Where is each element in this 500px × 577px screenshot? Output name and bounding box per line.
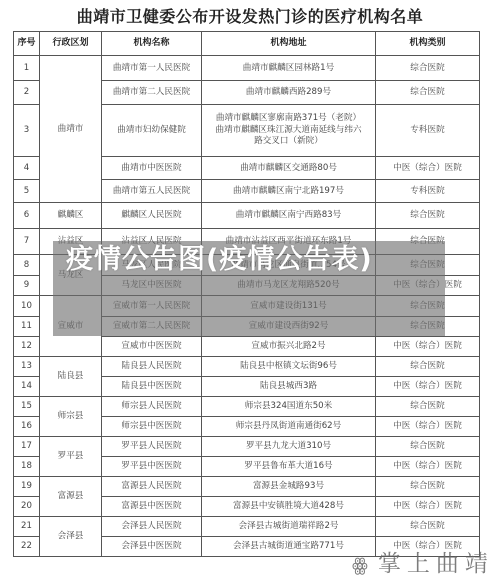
- cell-type: 中医（综合）医院: [376, 157, 480, 180]
- cell-type: 综合医院: [376, 56, 480, 81]
- cell-no: 15: [14, 397, 40, 417]
- cell-name: 陆良县人民医院: [102, 357, 202, 377]
- cell-no: 3: [14, 105, 40, 157]
- cell-name: 罗平县人民医院: [102, 437, 202, 457]
- cell-no: 18: [14, 457, 40, 477]
- cell-type: 综合医院: [376, 357, 480, 377]
- cell-type: 综合医院: [376, 397, 480, 417]
- document-title: 曲靖市卫健委公布开设发热门诊的医疗机构名单: [0, 4, 500, 27]
- table-row: 17 罗平县 罗平县人民医院 罗平县九龙大道310号 综合医院: [14, 437, 480, 457]
- cell-no: 7: [14, 229, 40, 255]
- cell-address: 宣威市振兴北路2号: [202, 337, 376, 357]
- cell-no: 14: [14, 377, 40, 397]
- table-row: 19 富源县 富源县人民医院 富源县金城路93号 综合医院: [14, 477, 480, 497]
- cell-type: 综合医院: [376, 437, 480, 457]
- watermark-text: 掌上曲靖: [378, 551, 494, 577]
- cell-name: 曲靖市第二人民医院: [102, 81, 202, 105]
- cell-no: 5: [14, 180, 40, 203]
- table-row: 6 麒麟区 麒麟区人民医院 曲靖市麒麟区南宁西路83号 综合医院: [14, 203, 480, 229]
- cell-no: 6: [14, 203, 40, 229]
- cell-type: 专科医院: [376, 180, 480, 203]
- watermark: ꙮ掌上曲靖: [352, 545, 494, 577]
- cell-no: 1: [14, 56, 40, 81]
- cell-type: 综合医院: [376, 477, 480, 497]
- cell-name: 师宗县中医医院: [102, 417, 202, 437]
- caption-overlay-text: 疫情公告图(疫情公告表): [66, 245, 456, 275]
- header-address: 机构地址: [202, 32, 376, 56]
- cell-no: 19: [14, 477, 40, 497]
- cell-no: 11: [14, 317, 40, 337]
- cell-no: 9: [14, 276, 40, 296]
- cell-name: 曲靖市妇幼保健院: [102, 105, 202, 157]
- cell-address: 曲靖市麒麟区南宁西路83号: [202, 203, 376, 229]
- cell-name: 宣威市中医医院: [102, 337, 202, 357]
- watermark-logo-icon: ꙮ: [352, 555, 374, 576]
- cell-no: 13: [14, 357, 40, 377]
- cell-name: 会泽县中医医院: [102, 537, 202, 557]
- cell-name: 师宗县人民医院: [102, 397, 202, 417]
- cell-name: 富源县人民医院: [102, 477, 202, 497]
- cell-no: 20: [14, 497, 40, 517]
- cell-type: 中医（综合）医院: [376, 417, 480, 437]
- cell-type: 中医（综合）医院: [376, 497, 480, 517]
- table-row: 15 师宗县 师宗县人民医院 师宗县324国道东50米 综合医院: [14, 397, 480, 417]
- cell-name: 陆良县中医医院: [102, 377, 202, 397]
- cell-address: 陆良县中枢镇文坛街96号: [202, 357, 376, 377]
- cell-no: 12: [14, 337, 40, 357]
- address-line: 路交叉口（新院）: [204, 136, 373, 148]
- cell-address: 富源县金城路93号: [202, 477, 376, 497]
- cell-name: 麒麟区人民医院: [102, 203, 202, 229]
- cell-name: 曲靖市第一人民医院: [102, 56, 202, 81]
- cell-address: 富源县中安镇胜境大道428号: [202, 497, 376, 517]
- cell-type: 综合医院: [376, 203, 480, 229]
- cell-region: 会泽县: [40, 517, 102, 557]
- cell-type: 中医（综合）医院: [376, 337, 480, 357]
- cell-address: 曲靖市麒麟区交通路80号: [202, 157, 376, 180]
- cell-name: 罗平县中医医院: [102, 457, 202, 477]
- cell-address: 会泽县古城街道瑞祥路2号: [202, 517, 376, 537]
- cell-address: 曲靖市麒麟区南宁北路197号: [202, 180, 376, 203]
- table-row: 21 会泽县 会泽县人民医院 会泽县古城街道瑞祥路2号 综合医院: [14, 517, 480, 537]
- cell-address: 曲靖市麒麟区园林路1号: [202, 56, 376, 81]
- address-line: 曲靖市麒麟区寥廓南路371号（老院）: [204, 113, 373, 125]
- cell-name: 曲靖市中医医院: [102, 157, 202, 180]
- cell-no: 22: [14, 537, 40, 557]
- table-header-row: 序号 行政区划 机构名称 机构地址 机构类别: [14, 32, 480, 56]
- cell-address: 陆良县城西3路: [202, 377, 376, 397]
- cell-no: 16: [14, 417, 40, 437]
- header-region: 行政区划: [40, 32, 102, 56]
- cell-address: 罗平县鲁布革大道16号: [202, 457, 376, 477]
- cell-region: 陆良县: [40, 357, 102, 397]
- header-no: 序号: [14, 32, 40, 56]
- cell-name: 富源县中医医院: [102, 497, 202, 517]
- cell-type: 中医（综合）医院: [376, 377, 480, 397]
- cell-type: 中医（综合）医院: [376, 457, 480, 477]
- cell-no: 17: [14, 437, 40, 457]
- cell-address: 师宗县丹凤街道南通街62号: [202, 417, 376, 437]
- cell-region: 曲靖市: [40, 56, 102, 203]
- cell-address: 罗平县九龙大道310号: [202, 437, 376, 457]
- table-row: 13 陆良县 陆良县人民医院 陆良县中枢镇文坛街96号 综合医院: [14, 357, 480, 377]
- cell-name: 曲靖市第五人民医院: [102, 180, 202, 203]
- address-line: 曲靖市麒麟区珠江源大道南延线与纬六: [204, 125, 373, 137]
- cell-no: 2: [14, 81, 40, 105]
- cell-address: 会泽县古城街道通宝路771号: [202, 537, 376, 557]
- cell-type: 综合医院: [376, 517, 480, 537]
- header-name: 机构名称: [102, 32, 202, 56]
- header-type: 机构类别: [376, 32, 480, 56]
- cell-name: 会泽县人民医院: [102, 517, 202, 537]
- table-row: 1 曲靖市 曲靖市第一人民医院 曲靖市麒麟区园林路1号 综合医院: [14, 56, 480, 81]
- cell-address: 曲靖市麒麟西路289号: [202, 81, 376, 105]
- cell-type: 专科医院: [376, 105, 480, 157]
- cell-no: 4: [14, 157, 40, 180]
- cell-region: 富源县: [40, 477, 102, 517]
- cell-address: 师宗县324国道东50米: [202, 397, 376, 417]
- cell-no: 21: [14, 517, 40, 537]
- cell-region: 罗平县: [40, 437, 102, 477]
- cell-no: 8: [14, 255, 40, 276]
- cell-region: 师宗县: [40, 397, 102, 437]
- cell-type: 综合医院: [376, 81, 480, 105]
- cell-no: 10: [14, 296, 40, 317]
- cell-address-multiline: 曲靖市麒麟区寥廓南路371号（老院） 曲靖市麒麟区珠江源大道南延线与纬六 路交叉…: [202, 105, 376, 157]
- cell-region: 麒麟区: [40, 203, 102, 229]
